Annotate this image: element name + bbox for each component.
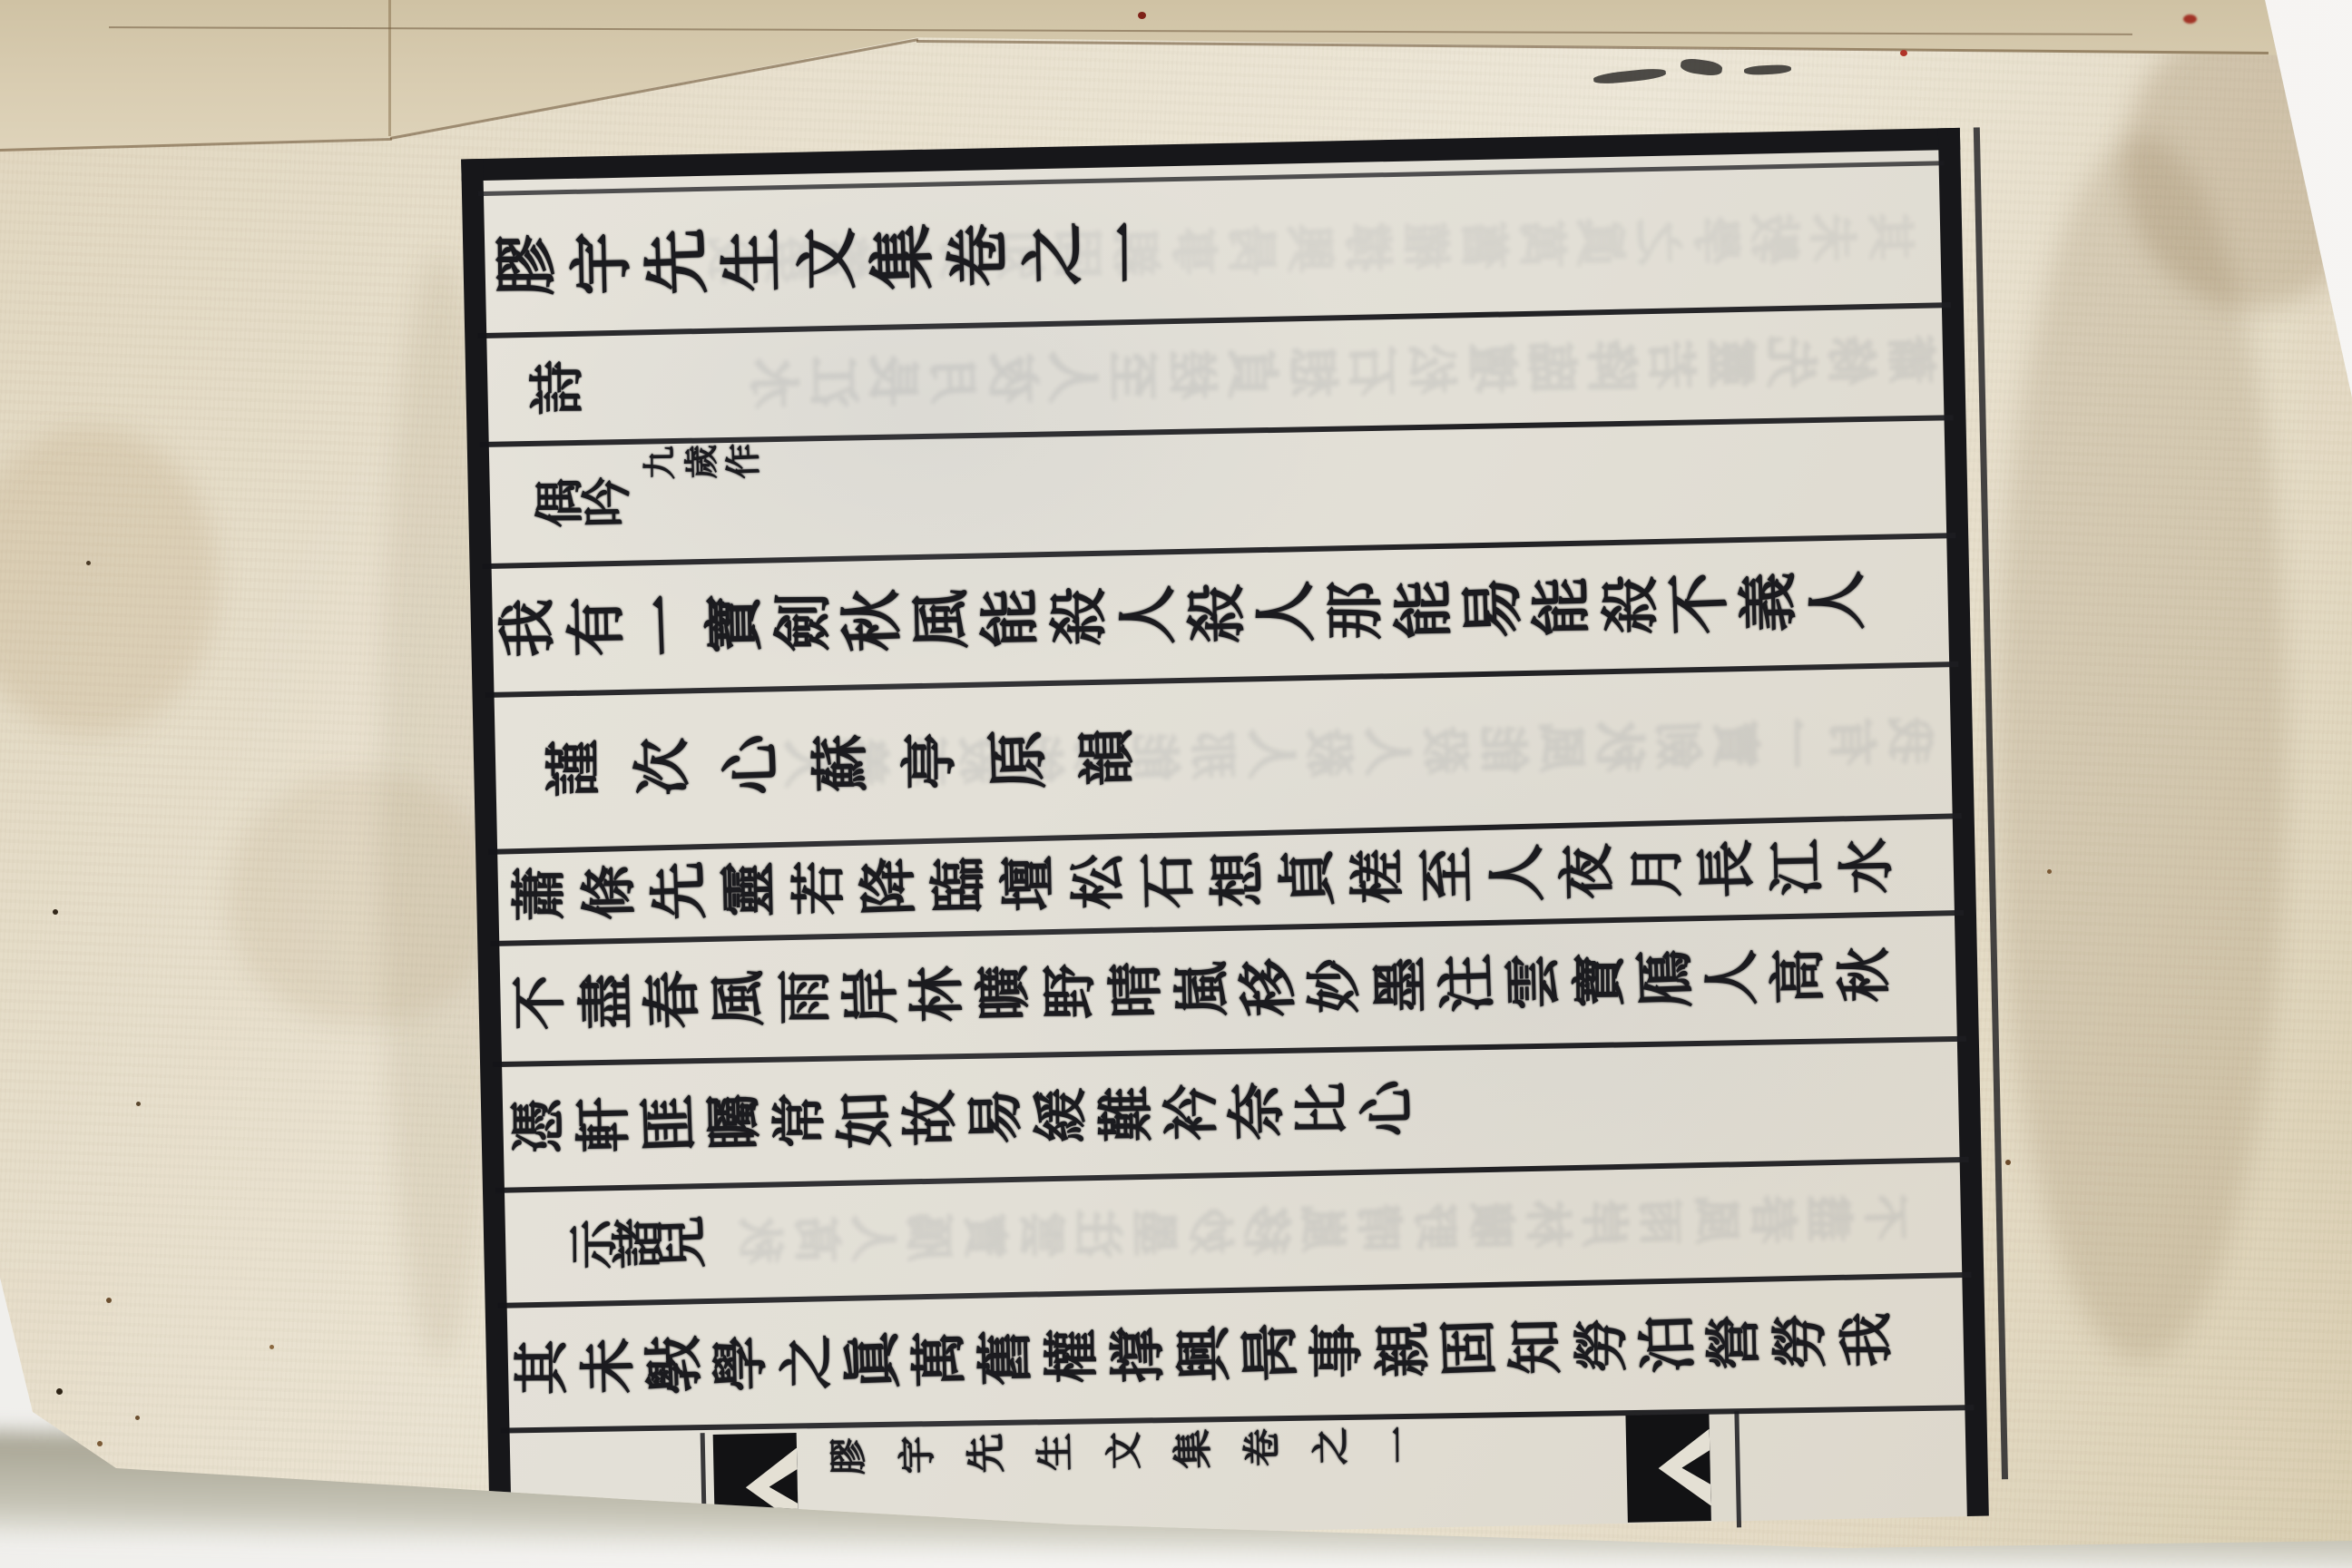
foxing-spot xyxy=(56,1388,63,1395)
glyph: 歲 xyxy=(685,441,720,484)
paper-crease xyxy=(388,0,391,136)
ink-smudge xyxy=(1680,57,1723,77)
glyph: 九 xyxy=(643,442,678,483)
ink-smudge xyxy=(1593,67,1667,85)
fishtail-ornament-right xyxy=(1625,1414,1710,1523)
glyph: 秋 xyxy=(1806,942,1926,1007)
red-speck xyxy=(2183,15,2197,24)
printed-frame: 蕭條先靈若降臨壇松石想貞槎至人夜月長江水 其未斅學之眞萬舊權撑興昺事親固知勞泊營… xyxy=(461,128,1989,1547)
glyph: 一 xyxy=(1382,1411,1420,1479)
poem2-title: 謹次心蘇亭原韻 xyxy=(529,681,1154,846)
glyph: 一 xyxy=(1064,215,1197,289)
glyph: 宇 xyxy=(898,1420,938,1490)
glyph: 我 xyxy=(1805,1307,1930,1372)
glyph: 兒 xyxy=(622,1218,741,1267)
glyph: 生 xyxy=(1036,1417,1076,1487)
stain xyxy=(0,426,218,735)
foxing-spot xyxy=(269,1345,274,1349)
glyph: 吟 xyxy=(549,477,668,527)
glyph: 水 xyxy=(1821,830,1916,902)
gutter-shade xyxy=(1996,136,2287,1361)
foxing-spot xyxy=(86,561,91,565)
glyph: 作 xyxy=(726,438,763,483)
book-page: 蕭條先靈若降臨壇松石想貞槎至人夜月長江水 其未斅學之眞萬舊權撑興昺事親固知勞泊營… xyxy=(0,0,2352,1568)
upper-page-edge xyxy=(0,0,2352,156)
red-speck xyxy=(1138,12,1146,19)
poem3-title: 示諸兒 xyxy=(572,1185,705,1301)
glyph: 文 xyxy=(1106,1416,1144,1485)
poem2-line3: 憑軒匪矚常如故易緩難衿奈比心 xyxy=(505,1047,1423,1188)
glyph: 心 xyxy=(1328,1074,1450,1142)
foxing-spot xyxy=(2047,869,2052,874)
foxing-spot xyxy=(136,1102,141,1106)
glyph: 卷 xyxy=(1243,1413,1283,1483)
glyph: 先 xyxy=(966,1416,1008,1490)
foxing-spot xyxy=(2005,1160,2011,1165)
glyph: 集 xyxy=(1173,1413,1215,1486)
photo-canvas: 蕭條先靈若降臨壇松石想貞槎至人夜月長江水 其未斅學之眞萬舊權撑興昺事親固知勞泊營… xyxy=(0,0,2352,1568)
foxing-spot xyxy=(97,1441,103,1446)
glyph: 人 xyxy=(1775,564,1904,636)
glyph: 韻 xyxy=(1031,711,1185,803)
ink-smudge xyxy=(1744,64,1791,76)
glyph: 膠 xyxy=(830,1422,868,1490)
foxing-spot xyxy=(53,909,58,915)
volume-title: 膠宇先生文集卷之一 xyxy=(489,184,1170,333)
glyph: 詩 xyxy=(505,360,612,415)
foxing-spot xyxy=(135,1416,140,1420)
glyph: 之 xyxy=(1312,1411,1352,1481)
poem1-title: 偶吟 xyxy=(536,443,633,563)
red-speck xyxy=(1900,50,1907,56)
foxing-spot xyxy=(106,1298,112,1303)
strip-divider xyxy=(1734,1411,1741,1527)
section-heading: 詩 xyxy=(530,333,586,443)
